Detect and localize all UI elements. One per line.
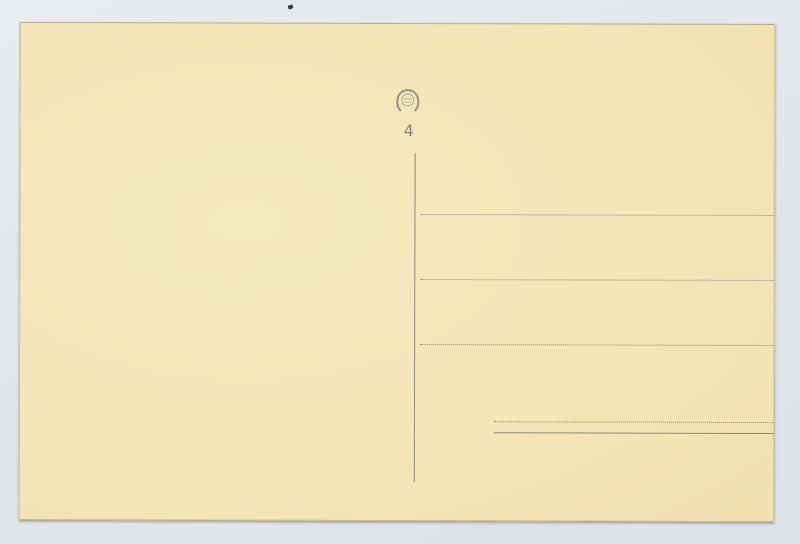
center-divider-line xyxy=(414,153,416,482)
dust-speck xyxy=(287,4,293,9)
address-line-2 xyxy=(420,279,774,281)
address-line-1 xyxy=(420,214,774,216)
horseshoe-logo-icon xyxy=(393,85,423,115)
postcard-back: 4 xyxy=(19,22,775,522)
address-line-3 xyxy=(420,344,774,346)
address-line-4 xyxy=(494,421,774,423)
card-number: 4 xyxy=(399,121,419,140)
address-underline xyxy=(494,432,774,434)
